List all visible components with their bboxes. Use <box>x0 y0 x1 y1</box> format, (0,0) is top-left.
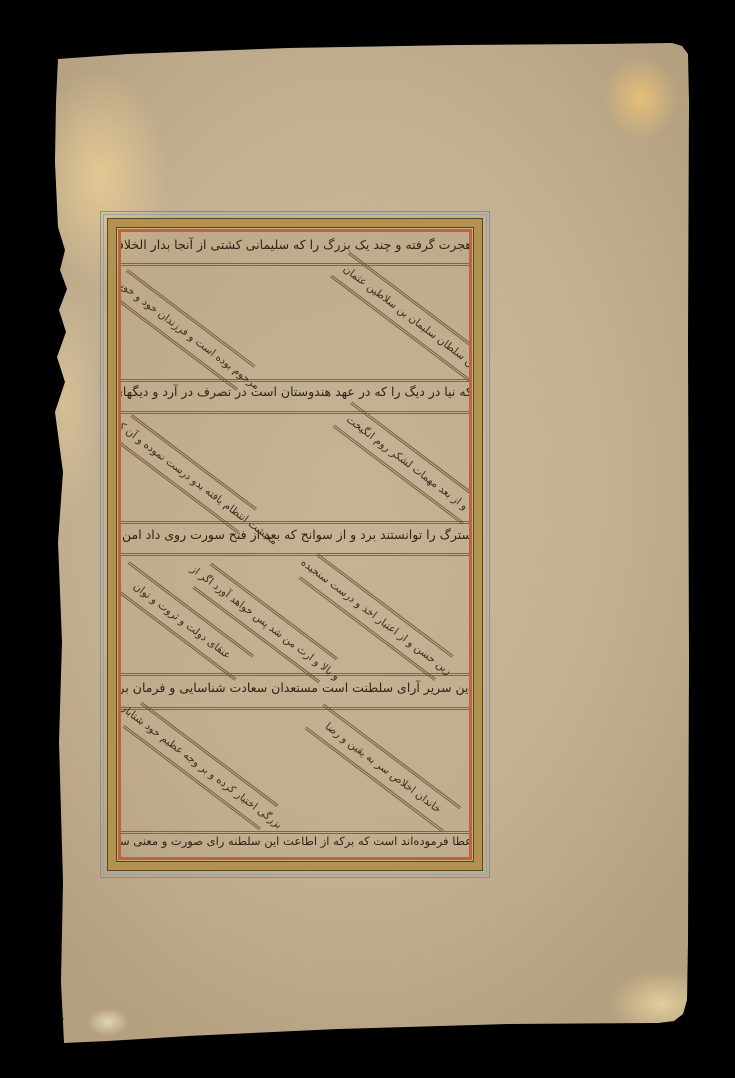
diagonal-text-line: معیشت انتظام یافته بدو درست نموده و آن ک… <box>121 414 257 533</box>
ruling-line <box>121 673 469 676</box>
text-area: هجرت گرفته و چند یک بزرگ را که سلیمانی ک… <box>121 232 469 857</box>
horizontal-text-line-2: که نیا در دیگ را که در عهد هندوستان است … <box>121 384 469 399</box>
manuscript-page: هجرت گرفته و چند یک بزرگ را که سلیمانی ک… <box>38 42 690 1046</box>
horizontal-text-line-3: سترگ را توانستند برد و از سوانح که بعد ا… <box>121 527 469 542</box>
ruling-line <box>121 411 469 414</box>
diagonal-text-line: مرحوم بوده است و فرزندان خود و خویشان <box>121 269 256 391</box>
diagonal-text-line: این سلطان سلیمان بن سلاطین عثمان <box>330 252 469 385</box>
horizontal-text-line-4: این سریر آرای سلطنت است مستعدان سعادت شن… <box>121 680 469 695</box>
ruling-line <box>121 263 469 266</box>
diagonal-text-line: خاندان اخلاص سر به یقین و رضا <box>305 703 462 832</box>
ruling-line <box>121 553 469 556</box>
photo-background: هجرت گرفته و چند یک بزرگ را که سلیمانی ک… <box>0 0 735 1078</box>
diagonal-text-line: و از بعد مهمات لشکر روم انگیخت <box>333 401 469 524</box>
horizontal-text-line-5: عطا فرموده‌اند است که برکه از اطاعت این … <box>121 834 469 848</box>
ruling-line <box>121 707 469 710</box>
horizontal-text-line-1: هجرت گرفته و چند یک بزرگ را که سلیمانی ک… <box>121 237 469 252</box>
ruling-line <box>121 379 469 382</box>
folio-number: ٦٤ <box>53 1011 65 1023</box>
ruling-line <box>121 521 469 524</box>
text-frame: هجرت گرفته و چند یک بزرگ را که سلیمانی ک… <box>100 211 490 878</box>
diagonal-text-line: بزرگی اختیار کرده و بر وجه عظیم خود شتاب… <box>123 702 279 830</box>
